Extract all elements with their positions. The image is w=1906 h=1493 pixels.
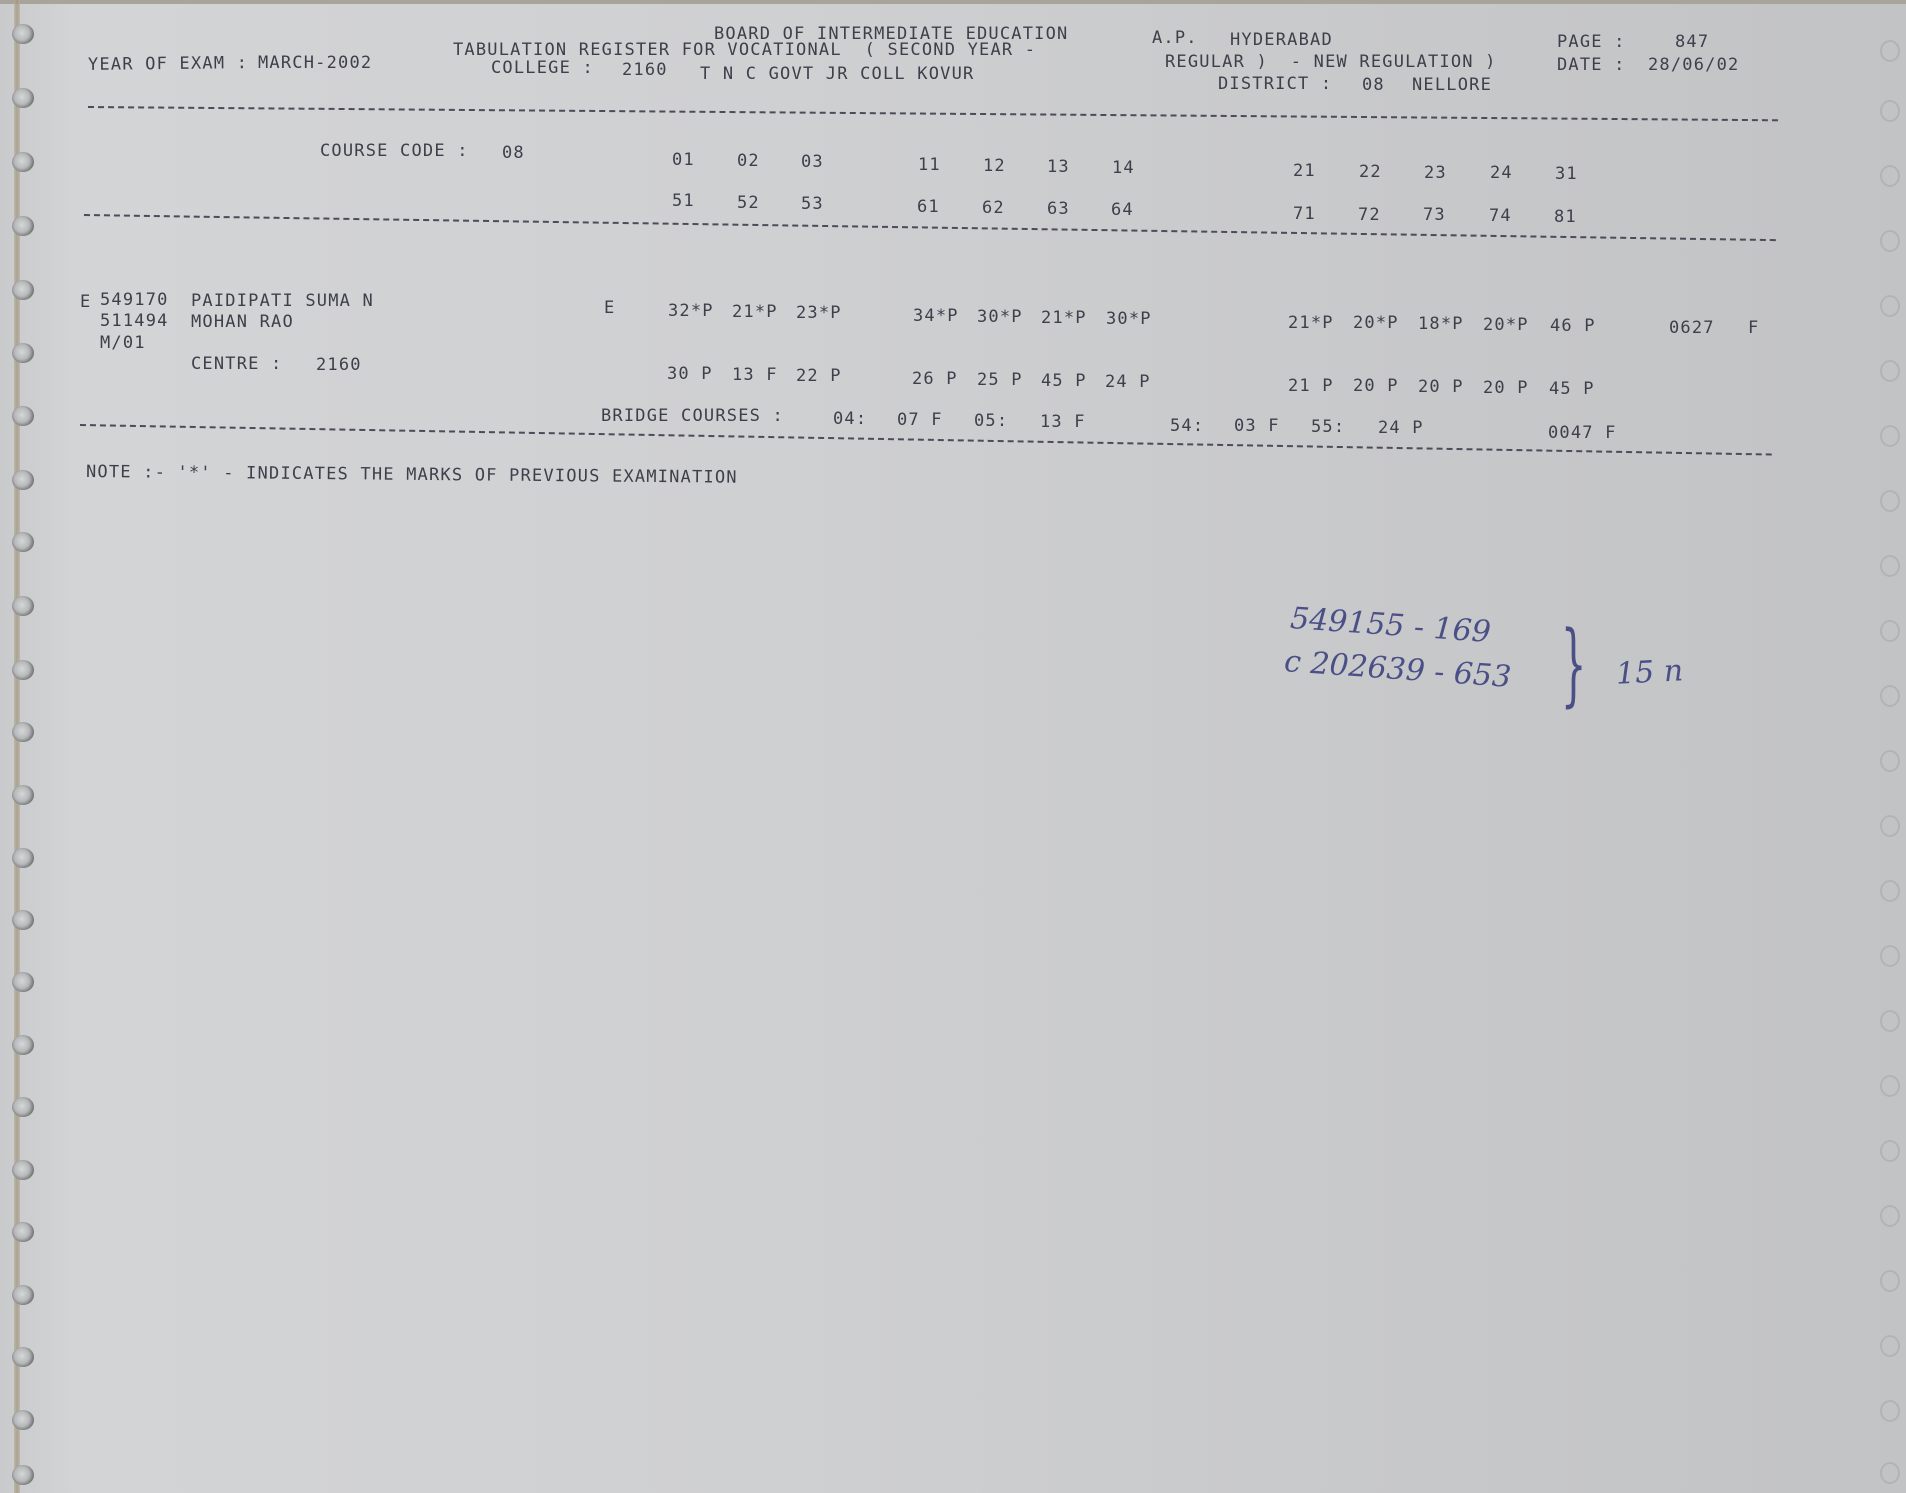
bridge-courses-label: BRIDGE COURSES :	[601, 406, 784, 426]
subject-code: 51	[672, 191, 695, 211]
medium-flag: E	[80, 292, 91, 312]
bridge-course-mark: 13 F	[1040, 412, 1086, 432]
college-code: 2160	[622, 60, 668, 80]
register-title: TABULATION REGISTER FOR VOCATIONAL ( SEC…	[453, 40, 1036, 60]
feed-hole-icon	[1880, 750, 1900, 772]
medium: E	[604, 298, 615, 318]
feed-hole-icon	[1880, 425, 1900, 447]
divider	[84, 214, 1776, 241]
feed-hole-icon	[1880, 230, 1900, 252]
bridge-course-code: 04:	[833, 409, 867, 429]
total-marks: 0627	[1669, 318, 1715, 338]
binding-hole-icon	[12, 1097, 34, 1117]
binding-hole-icon	[12, 910, 34, 930]
feed-hole-icon	[1880, 1400, 1900, 1422]
mark-cell: 13 F	[732, 365, 778, 385]
centre-label: CENTRE :	[191, 354, 282, 374]
subject-code: 53	[801, 194, 824, 214]
feed-hole-icon	[1880, 815, 1900, 837]
binding-hole-icon	[12, 1222, 34, 1242]
mark-cell: 30*P	[1106, 309, 1152, 329]
binding-hole-icon	[12, 24, 34, 44]
subject-code: 73	[1423, 205, 1446, 225]
feed-hole-icon	[1880, 360, 1900, 382]
binding-hole-icon	[12, 1410, 34, 1430]
mark-cell: 18*P	[1418, 314, 1464, 334]
feed-hole-icon	[1880, 1140, 1900, 1162]
mark-cell: 21 P	[1288, 376, 1334, 396]
binding-hole-icon	[12, 1465, 34, 1485]
feed-hole-icon	[1880, 620, 1900, 642]
mark-cell: 20 P	[1353, 376, 1399, 396]
paper-top-edge	[0, 0, 1906, 4]
mark-cell: 25 P	[977, 370, 1023, 390]
binding-hole-icon	[12, 1035, 34, 1055]
state: A.P.	[1152, 28, 1198, 48]
city: HYDERABAD	[1230, 30, 1333, 50]
page-number: 847	[1675, 32, 1709, 52]
feed-hole-icon	[1880, 1205, 1900, 1227]
subject-code: 13	[1047, 157, 1070, 177]
college-name: T N C GOVT JR COLL KOVUR	[700, 64, 974, 84]
registration-number: 511494	[100, 311, 169, 331]
subject-code: 14	[1112, 158, 1135, 178]
feed-hole-icon	[1880, 1270, 1900, 1292]
binding-hole-icon	[12, 972, 34, 992]
footnote: NOTE :- '*' - INDICATES THE MARKS OF PRE…	[86, 462, 738, 488]
feed-hole-icon	[1880, 1462, 1900, 1484]
subject-code: 24	[1490, 163, 1513, 183]
feed-hole-icon	[1880, 945, 1900, 967]
mark-cell: 46 P	[1550, 316, 1596, 336]
binding-hole-icon	[12, 596, 34, 616]
register-title-cont: REGULAR ) - NEW REGULATION )	[1165, 52, 1497, 72]
subject-code: 71	[1293, 204, 1316, 224]
subject-code: 61	[917, 197, 940, 217]
divider	[88, 106, 1778, 121]
subject-code: 64	[1111, 200, 1134, 220]
subject-code: 12	[983, 156, 1006, 176]
binding-hole-icon	[12, 280, 34, 300]
subject-code: 23	[1424, 163, 1447, 183]
mark-cell: 21*P	[1288, 313, 1334, 333]
bridge-course-code: 55:	[1311, 417, 1345, 437]
binding-hole-icon	[12, 785, 34, 805]
feed-hole-icon	[1880, 1010, 1900, 1032]
feed-hole-icon	[1880, 555, 1900, 577]
date-label: DATE :	[1557, 55, 1626, 75]
binding-hole-icon	[12, 152, 34, 172]
mark-cell: 22 P	[796, 366, 842, 386]
mark-cell: 20*P	[1483, 315, 1529, 335]
subject-code: 22	[1359, 162, 1382, 182]
subject-code: 21	[1293, 161, 1316, 181]
feed-hole-icon	[1880, 1335, 1900, 1357]
binding-hole-icon	[12, 1160, 34, 1180]
binding-hole-icon	[12, 406, 34, 426]
bridge-course-mark: 07 F	[897, 410, 943, 430]
mark-cell: 30 P	[667, 364, 713, 384]
year-of-exam: MARCH-2002	[258, 53, 372, 73]
mark-cell: 30*P	[977, 307, 1023, 327]
binding-hole-icon	[12, 848, 34, 868]
handwritten-range-2: c 202639 - 653	[1283, 644, 1512, 695]
mark-cell: 20 P	[1418, 377, 1464, 397]
subject-code: 62	[982, 198, 1005, 218]
mark-cell: 20 P	[1483, 378, 1529, 398]
course-code: 08	[502, 143, 525, 163]
bridge-course-mark: 24 P	[1378, 418, 1424, 438]
mark-cell: 20*P	[1353, 313, 1399, 333]
district-name: NELLORE	[1412, 75, 1492, 95]
subject-code: 11	[918, 155, 941, 175]
mark-cell: 24 P	[1105, 372, 1151, 392]
feed-hole-icon	[1880, 165, 1900, 187]
mark-cell: 34*P	[913, 306, 959, 326]
father-name: MOHAN RAO	[191, 312, 294, 332]
college-label: COLLEGE :	[491, 58, 594, 78]
bridge-course-mark: 03 F	[1234, 416, 1280, 436]
bridge-course-code: 54:	[1170, 416, 1204, 436]
feed-hole-icon	[1880, 1075, 1900, 1097]
binding-hole-icon	[12, 1347, 34, 1367]
binding-hole-icon	[12, 722, 34, 742]
mark-cell: 26 P	[912, 369, 958, 389]
subject-code: 52	[737, 193, 760, 213]
binding-hole-icon	[12, 343, 34, 363]
district-code: 08	[1362, 75, 1385, 95]
district-label: DISTRICT :	[1218, 74, 1332, 94]
subject-code: 63	[1047, 199, 1070, 219]
bridge-course-code: 05:	[974, 411, 1008, 431]
binding-hole-icon	[12, 532, 34, 552]
page-label: PAGE :	[1557, 32, 1626, 52]
subject-code: 31	[1555, 164, 1578, 184]
subject-code: 74	[1489, 206, 1512, 226]
hall-ticket-number: 549170	[100, 290, 169, 310]
student-name: PAIDIPATI SUMA N	[191, 291, 374, 311]
binding-hole-icon	[12, 660, 34, 680]
course-code-label: COURSE CODE :	[320, 141, 469, 161]
binding-hole-icon	[12, 88, 34, 108]
year-of-exam-label: YEAR OF EXAM :	[88, 53, 248, 75]
mark-cell: 45 P	[1549, 379, 1595, 399]
feed-hole-icon	[1880, 100, 1900, 122]
mark-cell: 32*P	[668, 301, 714, 321]
feed-hole-icon	[1880, 880, 1900, 902]
feed-hole-icon	[1880, 490, 1900, 512]
feed-hole-icon	[1880, 40, 1900, 62]
subject-code: 81	[1554, 207, 1577, 227]
mark-cell: 23*P	[796, 303, 842, 323]
mark-cell: 21*P	[732, 302, 778, 322]
subject-code: 02	[737, 151, 760, 171]
date: 28/06/02	[1648, 55, 1739, 75]
result-status: F	[1748, 318, 1759, 338]
handwritten-range-1: 549155 - 169	[1289, 601, 1492, 650]
curly-brace-icon: }	[1561, 620, 1587, 710]
subject-code: 03	[801, 152, 824, 172]
binding-hole-icon	[12, 470, 34, 490]
binding-hole-icon	[12, 1285, 34, 1305]
feed-hole-icon	[1880, 685, 1900, 707]
binding-hole-icon	[12, 216, 34, 236]
gender-code: M/01	[100, 333, 146, 353]
centre-code: 2160	[316, 355, 362, 375]
subject-code: 72	[1358, 205, 1381, 225]
subject-code: 01	[672, 150, 695, 170]
mark-cell: 45 P	[1041, 371, 1087, 391]
feed-hole-icon	[1880, 295, 1900, 317]
handwritten-count: 15 n	[1615, 653, 1684, 691]
bridge-courses-total: 0047 F	[1548, 423, 1617, 443]
mark-cell: 21*P	[1041, 308, 1087, 328]
